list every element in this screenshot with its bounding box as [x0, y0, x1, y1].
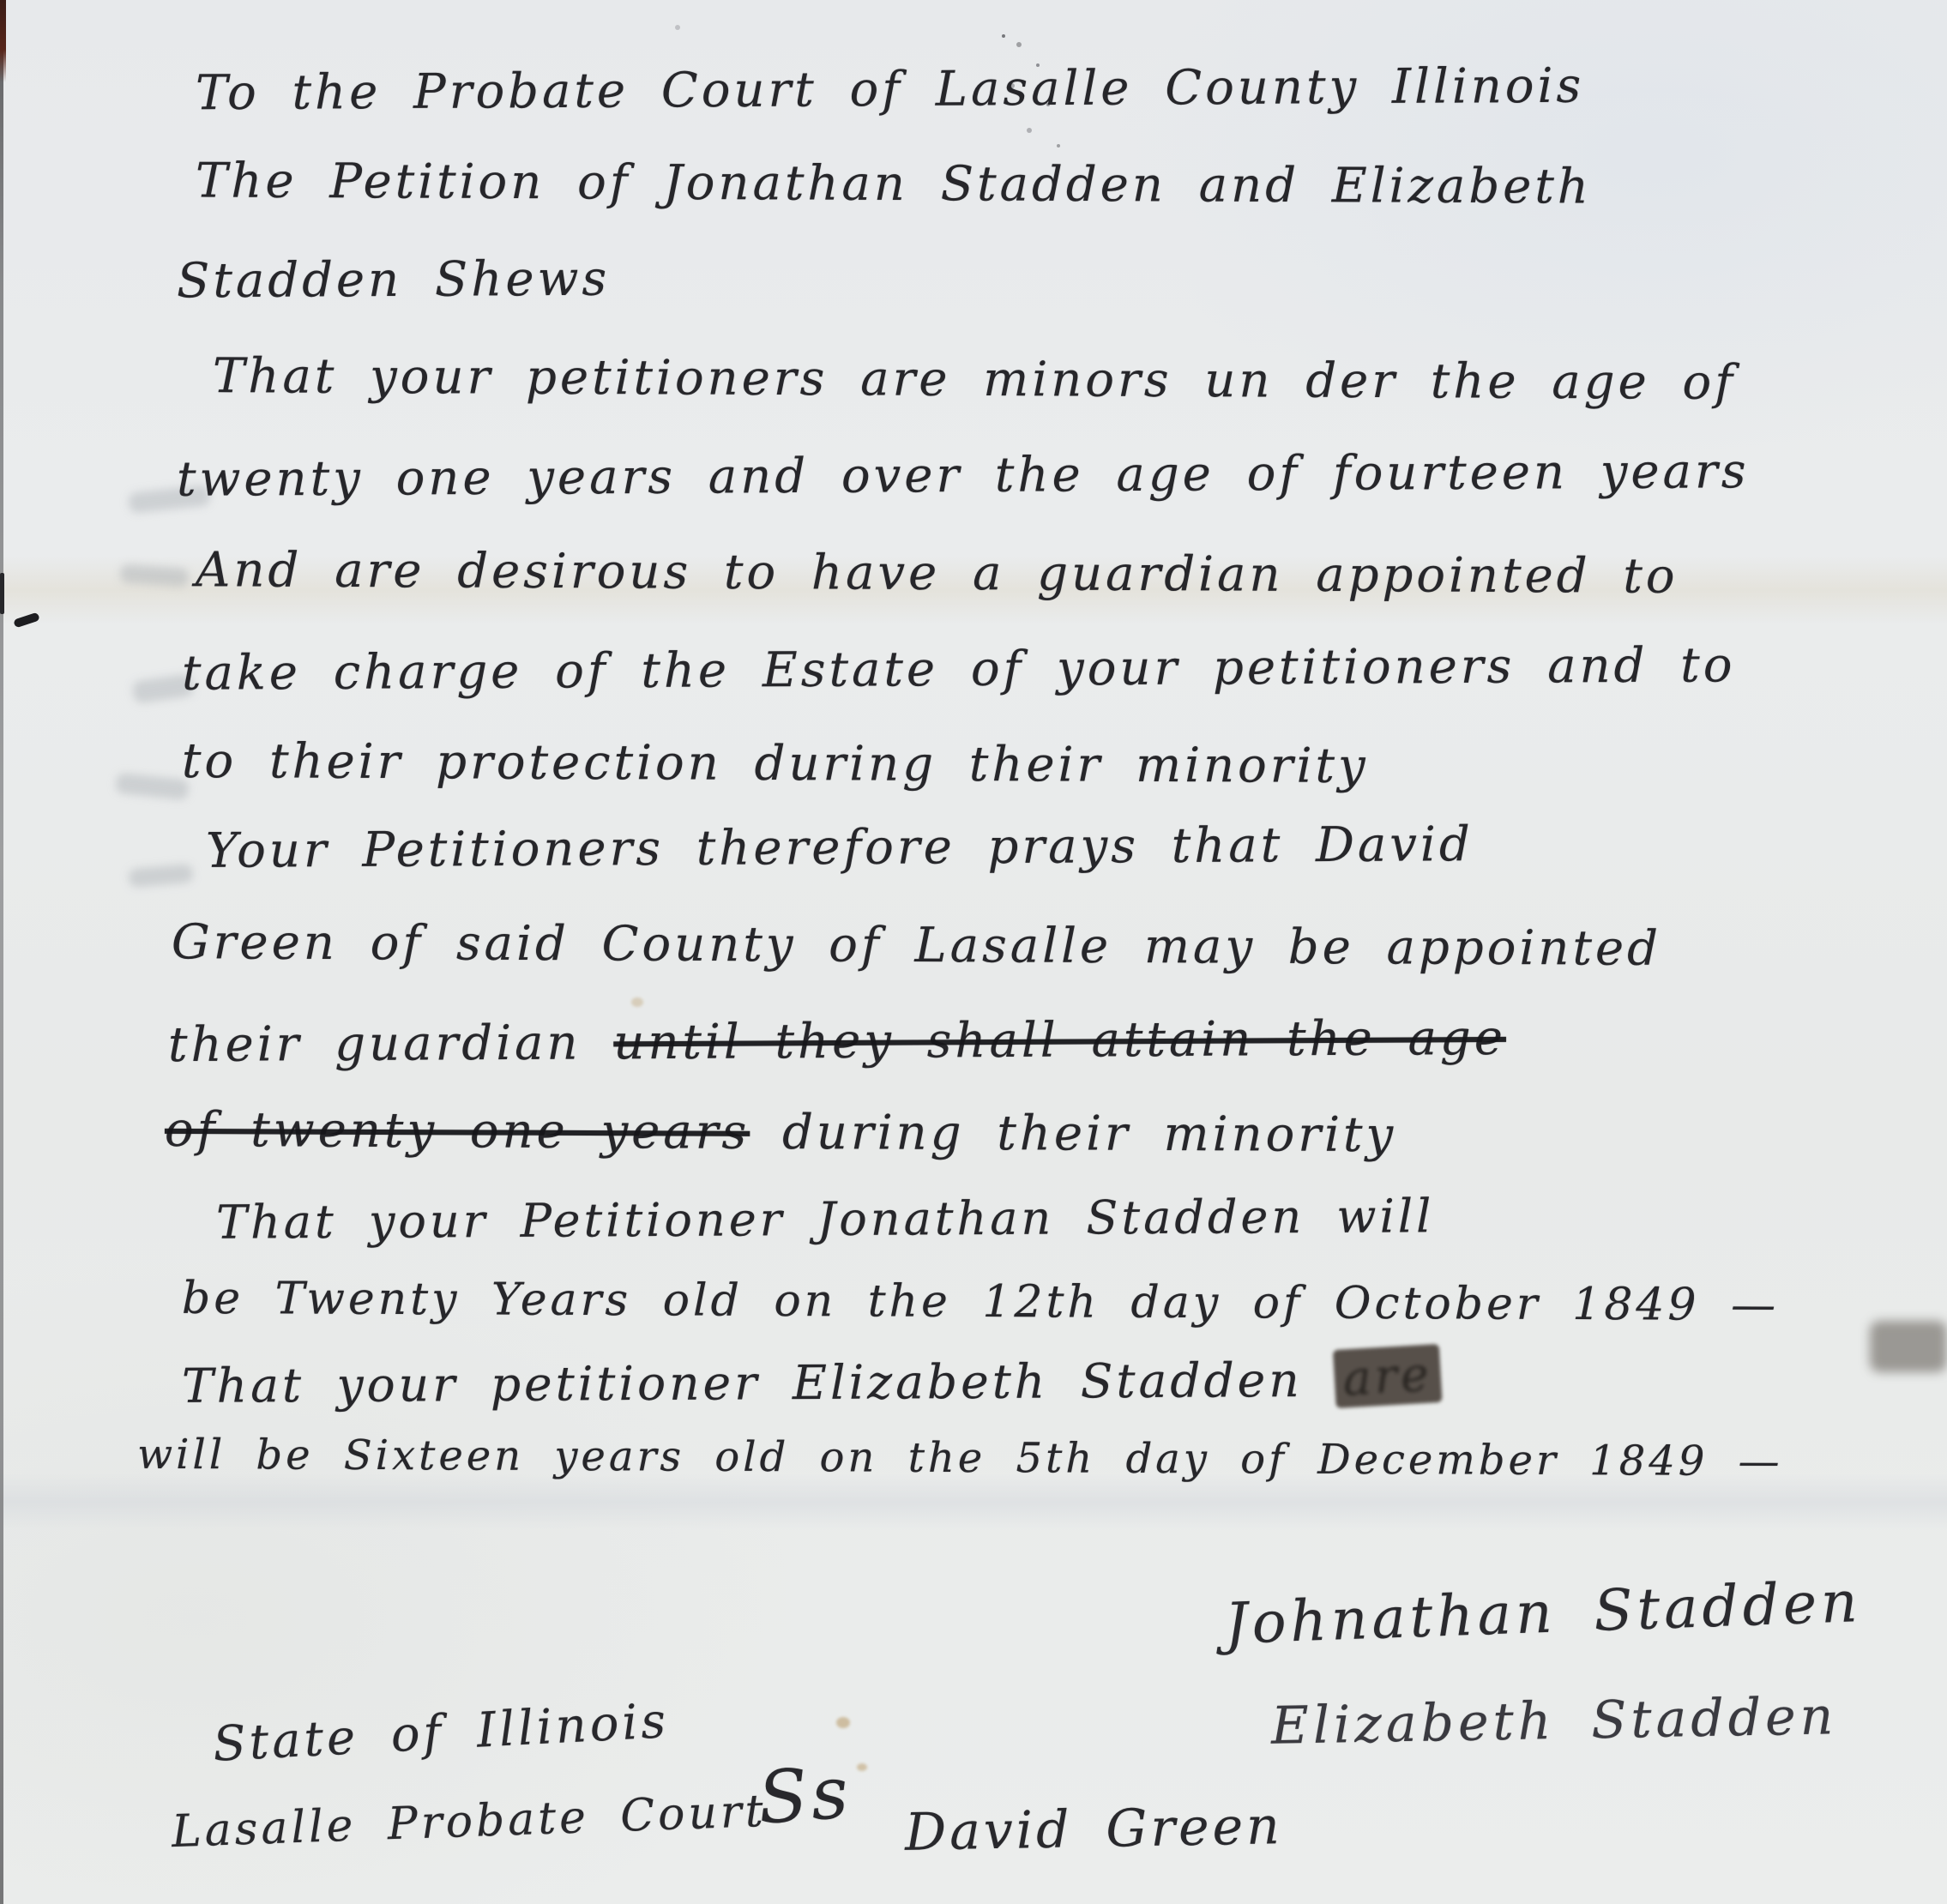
line-text: That your petitioners are minors un der … — [213, 348, 1736, 411]
ink-speckles — [1002, 34, 1005, 38]
manuscript-line-7: take charge of the Estate of your petiti… — [182, 637, 1736, 701]
line-text: And are desirous to have a guardian appo… — [196, 542, 1679, 605]
line-text: twenty one years and over the age of fou… — [177, 443, 1750, 508]
manuscript-line-15: That your petitioner Elizabeth Stadden a… — [182, 1350, 1441, 1415]
manuscript-line-1: To the Probate Court of Lasalle County I… — [196, 58, 1585, 121]
signature-text: Elizabeth Stadden — [1270, 1686, 1837, 1756]
line-text: Your Petitioners therefore prays that Da… — [206, 816, 1474, 879]
attestation-guardian-name: David Green — [904, 1796, 1283, 1863]
line-text: be Twenty Years old on the 12th day of O… — [182, 1273, 1779, 1331]
manuscript-line-12: of twenty one years during their minorit… — [165, 1102, 1396, 1163]
line-text: That your petitioner Elizabeth Stadden — [182, 1353, 1335, 1413]
manuscript-page: To the Probate Court of Lasalle County I… — [0, 0, 1947, 1904]
blotted-word: are — [1333, 1344, 1442, 1408]
manuscript-line-16: will be Sixteen years old on the 5th day… — [137, 1431, 1783, 1485]
scan-edge-stain-top — [0, 0, 6, 82]
line-text: take charge of the Estate of your petiti… — [182, 637, 1736, 701]
struck-text: of twenty one years — [165, 1102, 750, 1160]
manuscript-line-5: twenty one years and over the age of fou… — [177, 443, 1750, 508]
line-text: will be Sixteen years old on the 5th day… — [137, 1431, 1783, 1485]
scan-left-edge — [0, 0, 3, 1904]
manuscript-line-8: to their protection during their minorit… — [182, 733, 1369, 794]
line-text: Stadden Shews — [177, 251, 611, 310]
signature-johnathan-stadden: Johnathan Stadden — [1224, 1569, 1863, 1657]
attestation-text: State of Illinois — [212, 1693, 671, 1773]
manuscript-line-4: That your petitioners are minors un der … — [213, 348, 1736, 411]
attestation-text: Ss — [756, 1750, 854, 1840]
manuscript-line-13: That your Petitioner Jonathan Stadden wi… — [216, 1189, 1435, 1249]
signature-text: Johnathan Stadden — [1224, 1569, 1863, 1657]
ink-smudge-right — [1870, 1321, 1947, 1372]
scan-edge-mark — [0, 573, 4, 614]
signature-elizabeth-stadden: Elizabeth Stadden — [1270, 1686, 1837, 1756]
manuscript-line-6: And are desirous to have a guardian appo… — [196, 542, 1679, 605]
line-text: to their protection during their minorit… — [182, 733, 1369, 794]
manuscript-line-11: their guardian until they shall attain t… — [168, 1010, 1506, 1073]
attestation-text: Lasalle Probate Court — [171, 1786, 767, 1858]
attestation-text: David Green — [904, 1796, 1283, 1863]
line-text: That your Petitioner Jonathan Stadden wi… — [216, 1189, 1435, 1249]
attestation-court-line: Lasalle Probate Court — [171, 1786, 767, 1858]
manuscript-line-2: The Petition of Jonathan Stadden and Eli… — [196, 153, 1592, 214]
manuscript-line-10: Green of said County of Lasalle may be a… — [172, 914, 1661, 977]
paper-stain — [836, 1717, 850, 1728]
line-text: their guardian — [168, 1015, 614, 1073]
struck-text: until they shall attain the age — [613, 1010, 1506, 1070]
manuscript-line-3: Stadden Shews — [177, 251, 611, 310]
bleed-through-ghost — [115, 773, 190, 801]
ss-scilicet-mark: Ss — [756, 1750, 854, 1840]
manuscript-line-14: be Twenty Years old on the 12th day of O… — [182, 1273, 1779, 1331]
line-text: during their minority — [750, 1105, 1396, 1163]
attestation-state-line: State of Illinois — [212, 1693, 671, 1773]
manuscript-line-9: Your Petitioners therefore prays that Da… — [206, 816, 1474, 879]
bleed-through-ghost — [128, 864, 194, 888]
line-text: The Petition of Jonathan Stadden and Eli… — [196, 153, 1592, 214]
line-text: Green of said County of Lasalle may be a… — [172, 914, 1661, 977]
line-text: To the Probate Court of Lasalle County I… — [196, 58, 1585, 121]
